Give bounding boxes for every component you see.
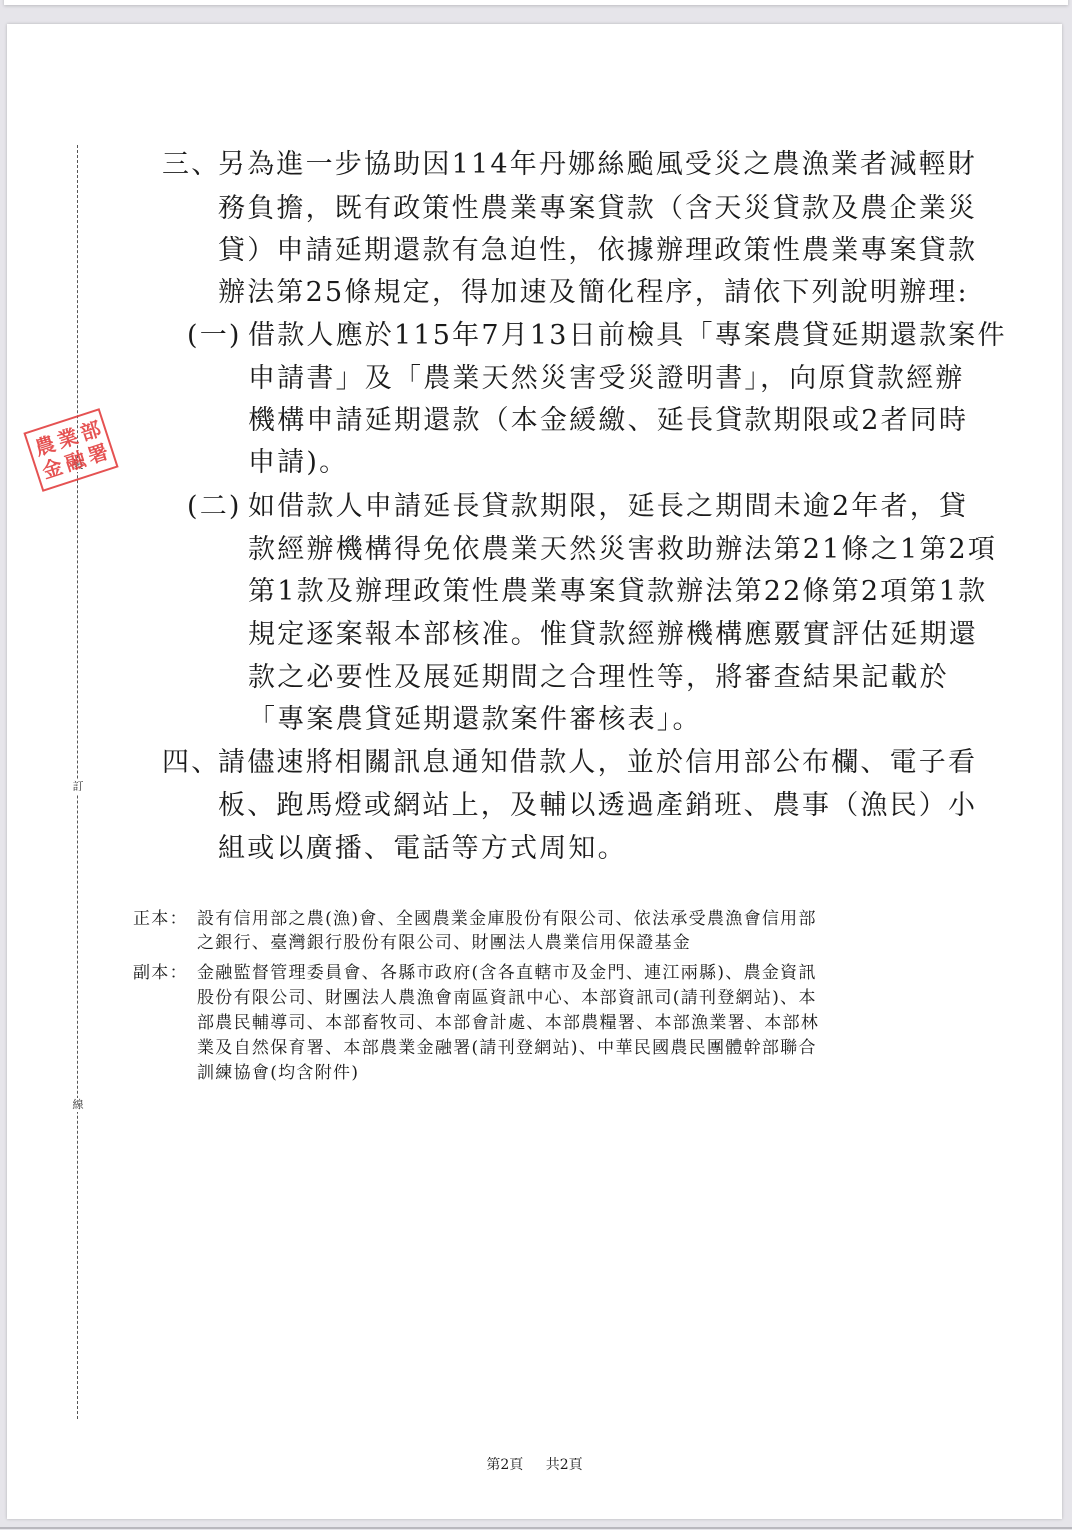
section-marker: 三、 [162, 149, 220, 181]
paragraph-line: 第1款及辦理政策性農業專案貸款辦法第22條第2項第1款 [248, 576, 987, 608]
paragraph-line: 請儘速將相關訊息通知借款人，並於信用部公布欄、電子看 [218, 747, 977, 779]
paragraph-line: 辦法第25條規定，得加速及簡化程序，請依下列說明辦理: [218, 277, 969, 309]
paragraph-line: 如借款人申請延長貸款期限，延長之期間未逾2年者，貸 [248, 491, 968, 523]
section-marker: 四、 [162, 747, 220, 779]
distribution-line: 設有信用部之農(漁)會、全國農業金庫股份有限公司、依法承受農漁會信用部 [197, 908, 817, 930]
paragraph-line: 規定逐案報本部核准。惟貸款經辦機構應覈實評估延期還 [248, 619, 978, 651]
page-number: 第2頁 共2頁 [7, 1454, 1062, 1474]
distribution-line: 之銀行、臺灣銀行股份有限公司、財團法人農業信用保證基金 [197, 932, 691, 954]
distribution-line: 部農民輔導司、本部畜牧司、本部會計處、本部農糧署、本部漁業署、本部林 [197, 1012, 819, 1034]
binding-mark-ding: 訂 [71, 780, 85, 794]
paragraph-line: 貸）申請延期還款有急迫性，依據辦理政策性農業專案貸款 [218, 235, 977, 267]
document-page: 裝 訂 線 農 業 部 金 融 署 三、 另為進一步協助因114年丹娜絲颱風受災… [7, 24, 1062, 1519]
original-label: 正本： [133, 908, 188, 930]
paragraph-line: 借款人應於115年7月13日前檢具「專案農貸延期還款案件 [248, 320, 1007, 352]
copy-label: 副本： [133, 962, 188, 984]
paragraph-line: 款之必要性及展延期間之合理性等，將審查結果記載於 [248, 662, 949, 694]
paragraph-line: 「專案農貸延期還款案件審核表」。 [248, 704, 702, 736]
next-page-edge [0, 1527, 1072, 1529]
paragraph-line: 組或以廣播、電話等方式周知。 [218, 833, 627, 865]
distribution-line: 業及自然保育署、本部農業金融署(請刊登網站)、中華民國農民團體幹部聯合 [197, 1037, 817, 1059]
paragraph-line: 另為進一步協助因114年丹娜絲颱風受災之農漁業者減輕財 [218, 149, 977, 181]
paragraph-line: 款經辦機構得免依農業天然災害救助辦法第21條之1第2項 [248, 534, 997, 566]
distribution-line: 訓練協會(均含附件) [197, 1062, 359, 1084]
subitem-marker: (一) [187, 320, 242, 352]
binding-mark-xian: 線 [71, 1098, 85, 1112]
distribution-line: 金融監督管理委員會、各縣市政府(含各直轄市及金門、連江兩縣)、農金資訊 [197, 962, 817, 984]
paragraph-line: 機構申請延期還款（本金緩繳、延長貸款期限或2者同時 [248, 405, 968, 437]
paragraph-line: 申請)。 [248, 447, 348, 479]
paragraph-line: 務負擔，既有政策性農業專案貸款（含天災貸款及農企業災 [218, 193, 977, 225]
distribution-line: 股份有限公司、財團法人農漁會南區資訊中心、本部資訊司(請刊登網站)、本 [197, 987, 817, 1009]
previous-page-edge [4, 0, 1068, 5]
paragraph-line: 板、跑馬燈或網站上，及輔以透過產銷班、農事（漁民）小 [218, 790, 977, 822]
paragraph-line: 申請書」及「農業天然災害受災證明書」，向原貸款經辦 [248, 363, 965, 395]
official-seal-stamp: 農 業 部 金 融 署 [23, 408, 118, 492]
subitem-marker: (二) [187, 491, 242, 523]
